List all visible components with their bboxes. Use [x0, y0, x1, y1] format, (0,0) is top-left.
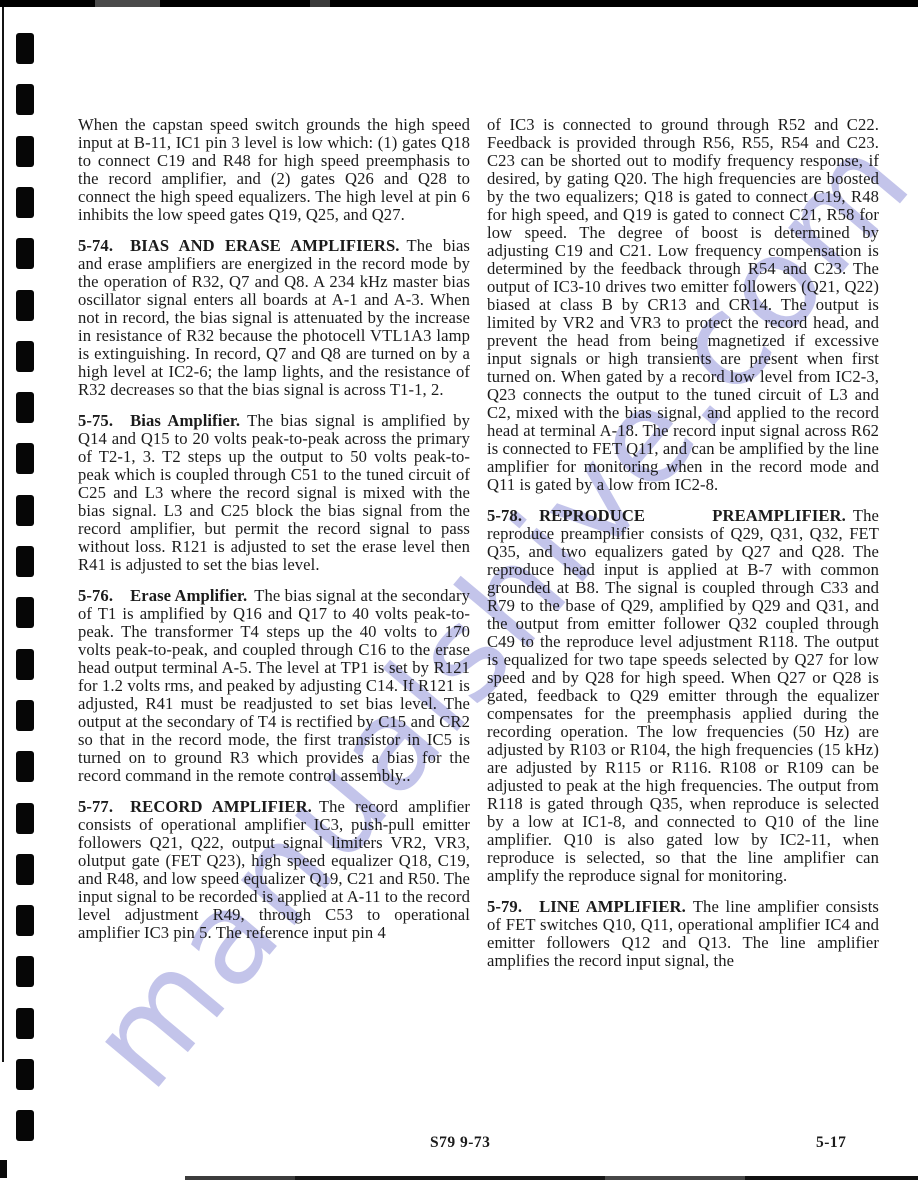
binder-hole: [16, 905, 34, 936]
paragraph-number: 5-76.: [78, 586, 113, 605]
footer-doc-code: S79 9-73: [430, 1134, 490, 1152]
scanned-manual-page: manualshive.com When the capstan speed s…: [0, 0, 918, 1188]
binder-hole: [16, 1110, 34, 1141]
binder-hole: [16, 392, 34, 423]
binder-hole: [16, 238, 34, 269]
binder-hole: [16, 803, 34, 834]
binder-hole: [16, 854, 34, 885]
binder-hole: [16, 1008, 34, 1039]
scan-bottom-edge-line: [185, 1176, 918, 1180]
paragraph-title: Erase Amplifier.: [130, 586, 247, 605]
scan-top-edge-line: [0, 0, 918, 7]
binder-hole: [16, 136, 34, 167]
binder-hole: [16, 956, 34, 987]
paragraph: 5-77.RECORD AMPLIFIER.The record amplifi…: [78, 798, 470, 942]
paragraph-title: BIAS AND ERASE AMPLIFIERS.: [130, 236, 399, 255]
paragraph-body: The bias signal is amplified by Q14 and …: [78, 411, 470, 574]
binder-hole: [16, 33, 34, 64]
paragraph-body: The bias signal at the secondary of T1 i…: [78, 586, 470, 785]
paragraph: of IC3 is connected to ground through R5…: [487, 116, 879, 494]
binder-hole: [16, 187, 34, 218]
scan-left-edge-mark: [0, 1160, 7, 1178]
paragraph-body: When the capstan speed switch grounds th…: [78, 115, 470, 224]
paragraph-title: REPRODUCE PREAMPLIFIER.: [539, 506, 846, 525]
paragraph-number: 5-75.: [78, 411, 113, 430]
paragraph: When the capstan speed switch grounds th…: [78, 116, 470, 224]
paragraph-title: LINE AMPLIFIER.: [539, 897, 686, 916]
paragraph-title: RECORD AMPLIFIER.: [130, 797, 312, 816]
paragraph-number: 5-78.: [487, 506, 522, 525]
binder-hole: [16, 495, 34, 526]
paragraph-body: of IC3 is connected to ground through R5…: [487, 115, 879, 494]
binder-hole: [16, 341, 34, 372]
binder-hole: [16, 443, 34, 474]
binder-hole: [16, 751, 34, 782]
binder-hole: [16, 546, 34, 577]
paragraph-body: The bias and erase amplifiers are energi…: [78, 236, 470, 399]
scan-left-edge-line: [2, 7, 4, 1062]
binder-hole: [16, 1059, 34, 1090]
paragraph: 5-76.Erase Amplifier.The bias signal at …: [78, 587, 470, 785]
paragraph-number: 5-77.: [78, 797, 113, 816]
binder-hole: [16, 290, 34, 321]
paragraph: 5-78.REPRODUCE PREAMPLIFIER.The reproduc…: [487, 507, 879, 885]
paragraph-title: Bias Amplifier.: [130, 411, 240, 430]
binder-hole: [16, 700, 34, 731]
binder-hole: [16, 597, 34, 628]
text-column-left: When the capstan speed switch grounds th…: [78, 116, 470, 955]
paragraph: 5-75.Bias Amplifier.The bias signal is a…: [78, 412, 470, 574]
binder-holes-column: [16, 33, 34, 1143]
paragraph-number: 5-74.: [78, 236, 113, 255]
binder-hole: [16, 84, 34, 115]
paragraph-body: The record amplifier consists of operati…: [78, 797, 470, 942]
paragraph: 5-79.LINE AMPLIFIER.The line amplifier c…: [487, 898, 879, 970]
footer-page-number: 5-17: [816, 1134, 846, 1152]
text-column-right: of IC3 is connected to ground through R5…: [487, 116, 879, 983]
paragraph-body: The reproduce preamplifier consists of Q…: [487, 506, 879, 885]
paragraph: 5-74.BIAS AND ERASE AMPLIFIERS.The bias …: [78, 237, 470, 399]
paragraph-number: 5-79.: [487, 897, 522, 916]
binder-hole: [16, 649, 34, 680]
